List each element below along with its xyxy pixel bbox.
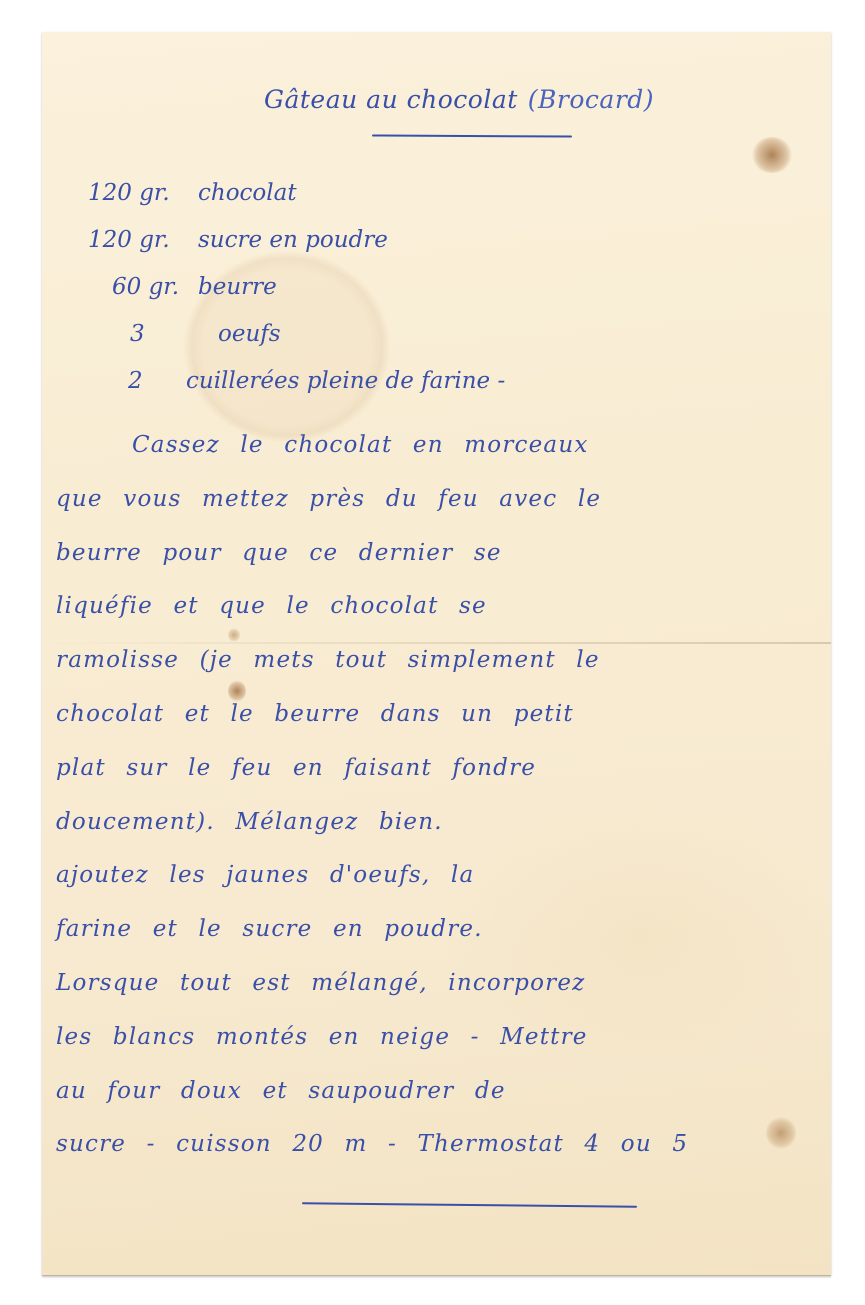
ingredient-row: 120 gr.chocolat <box>88 180 505 227</box>
instruction-line: liquéfie et que le chocolat se <box>56 593 816 647</box>
instruction-line: ajoutez les jaunes d'oeufs, la <box>56 862 816 916</box>
ingredient-name: cuillerées pleine de farine - <box>168 368 505 394</box>
ingredient-row: 3oeufs <box>88 321 505 368</box>
ingredient-name: sucre en poudre <box>198 227 388 253</box>
ingredient-row: 120 gr.sucre en poudre <box>88 227 505 274</box>
recipe-paper: Gâteau au chocolat(Brocard) 120 gr.choco… <box>42 32 831 1276</box>
ingredient-name: beurre <box>198 274 277 300</box>
instruction-line: au four doux et saupoudrer de <box>56 1078 816 1132</box>
instruction-line: sucre - cuisson 20 m - Thermostat 4 ou 5 <box>56 1131 816 1185</box>
ingredient-row: 2cuillerées pleine de farine - <box>88 368 505 415</box>
stain-top-right <box>752 137 792 173</box>
ingredient-name: oeufs <box>198 321 281 347</box>
title-text: Gâteau au chocolat <box>264 85 518 114</box>
instruction-line: plat sur le feu en faisant fondre <box>56 755 816 809</box>
instruction-line: Lorsque tout est mélangé, incorporez <box>56 970 816 1024</box>
recipe-title: Gâteau au chocolat(Brocard) <box>264 85 654 114</box>
instruction-line: beurre pour que ce dernier se <box>56 540 816 594</box>
instruction-line: farine et le sucre en poudre. <box>56 916 816 970</box>
ingredient-name: chocolat <box>198 180 297 206</box>
instruction-line: que vous mettez près du feu avec le <box>56 486 816 540</box>
ingredient-row: 60 gr.beurre <box>88 274 505 321</box>
instruction-line: chocolat et le beurre dans un petit <box>56 701 816 755</box>
ingredient-qty: 2 <box>88 368 168 394</box>
recipe-author: (Brocard) <box>528 85 654 114</box>
ingredient-qty: 60 gr. <box>88 274 198 300</box>
ingredient-qty: 3 <box>88 321 198 347</box>
instruction-line: les blancs montés en neige - Mettre <box>56 1024 816 1078</box>
ingredient-qty: 120 gr. <box>88 180 198 206</box>
closing-rule-line <box>302 1202 637 1208</box>
instruction-line: doucement). Mélangez bien. <box>56 809 816 863</box>
instructions-text: Cassez le chocolat en morceaux que vous … <box>56 432 816 1185</box>
ingredients-list: 120 gr.chocolat 120 gr.sucre en poudre 6… <box>88 180 505 415</box>
title-underline <box>372 134 572 137</box>
ingredient-qty: 120 gr. <box>88 227 198 253</box>
instruction-line: Cassez le chocolat en morceaux <box>56 432 816 486</box>
instruction-line: ramolisse (je mets tout simplement le <box>56 647 816 701</box>
